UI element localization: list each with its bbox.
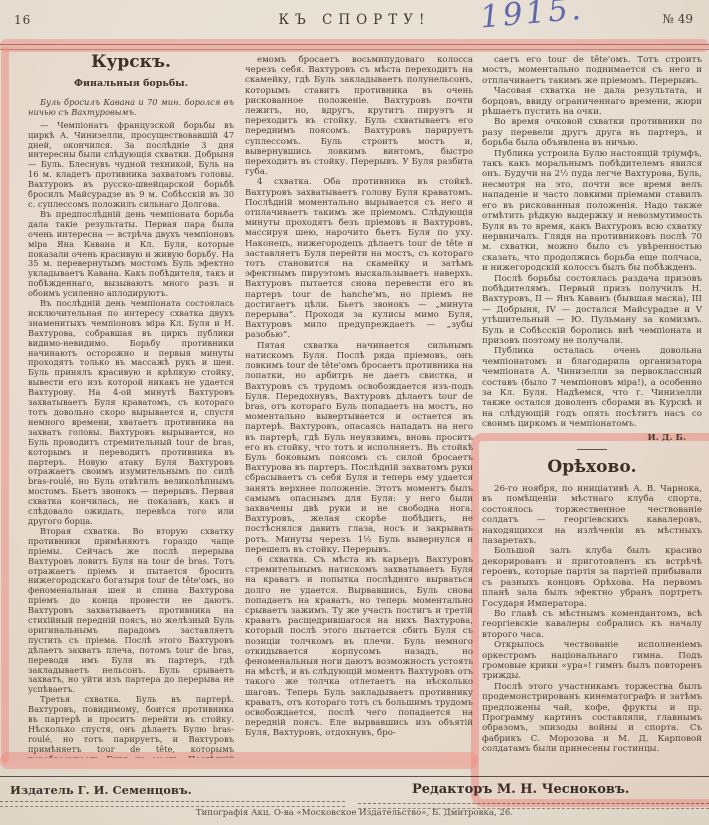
paragraph: Пятая схватка начинается сильнымъ натиск… bbox=[245, 341, 473, 555]
paragraph: Открылось чествованіе исполненіемъ оркес… bbox=[482, 640, 702, 682]
paragraph: 26-го ноября, по иниціативѣ А. В. Чарнок… bbox=[482, 484, 702, 546]
paragraph: Послѣ борьбы состоялась раздача призовъ … bbox=[482, 274, 702, 347]
paragraph: Публика осталась очень довольна чемпіона… bbox=[482, 346, 702, 429]
paragraph: Часовая схватка не дала результата, и бо… bbox=[482, 86, 702, 117]
section-divider bbox=[577, 449, 607, 450]
article-subheading: Финальныя борьбы. bbox=[28, 79, 234, 89]
paragraph: Во время очковой схватки противники по р… bbox=[482, 117, 702, 148]
author-signature: И. Д. Б. bbox=[482, 433, 702, 443]
paragraph: Во главѣ съ мѣстнымъ комендантомъ, всѣ г… bbox=[482, 609, 702, 640]
paragraph: Послѣ этого участникамъ торжества былъ п… bbox=[482, 682, 702, 755]
paragraph: Въ послѣдній день чемпіоната состоялась … bbox=[28, 299, 234, 527]
footer-rule bbox=[0, 776, 709, 777]
lead-paragraph: Буль бросилъ Кавана и 70 мин. боролся въ… bbox=[28, 98, 234, 118]
column-2: емомъ бросаетъ восьмипудоваго колосса че… bbox=[245, 55, 473, 758]
paragraph: 6 схватка. Съ мѣста въ карьеръ Вахтуровъ… bbox=[245, 555, 473, 739]
paragraph: Въ предпослѣдній день чемпіоната борьба … bbox=[28, 210, 234, 299]
paragraph: Публика устроила Булю настоящій тріумфъ,… bbox=[482, 149, 702, 274]
paragraph: — Чемпіонатъ французской борьбы въ циркѣ… bbox=[28, 121, 234, 210]
paragraph: Третья схватка. Буль въ партерѣ. Вахтуро… bbox=[28, 695, 234, 758]
issue-number: № 49 bbox=[663, 12, 693, 26]
paragraph: емомъ бросаетъ восьмипудоваго колосса че… bbox=[245, 55, 473, 177]
article-heading: Орѣхово. bbox=[482, 457, 702, 477]
article-heading: Курскъ. bbox=[28, 52, 234, 72]
paragraph: Большой залъ клуба былъ красиво декориро… bbox=[482, 546, 702, 608]
editor-credit: Редакторъ М. Н. Чесноковъ. bbox=[412, 782, 629, 797]
paragraph: саетъ его tour de tête'омъ. Тотъ строитъ… bbox=[482, 55, 702, 86]
pink-marker-left-stroke bbox=[1, 47, 9, 763]
column-1: Курскъ.Финальныя борьбы.Буль бросилъ Кав… bbox=[28, 50, 234, 758]
handwritten-year-annotation: 1915. bbox=[479, 0, 612, 36]
paragraph: Вторая схватка. Во вторую схватку против… bbox=[28, 527, 234, 695]
printer-imprint: Типографія Акц. О-ва «Московское Издател… bbox=[0, 808, 709, 818]
paragraph: 4 схватка. Оба противника въ стойкѣ. Вах… bbox=[245, 177, 473, 340]
footer-dashed-rule-left bbox=[0, 801, 345, 807]
column-3: саетъ его tour de tête'омъ. Тотъ строитъ… bbox=[482, 55, 702, 755]
newspaper-page: 16 КЪ СПОРТУ! 1915. № 49 Курскъ.Финальны… bbox=[0, 0, 709, 825]
publisher-credit: Издатель Г. И. Семенцовъ. bbox=[10, 783, 192, 797]
